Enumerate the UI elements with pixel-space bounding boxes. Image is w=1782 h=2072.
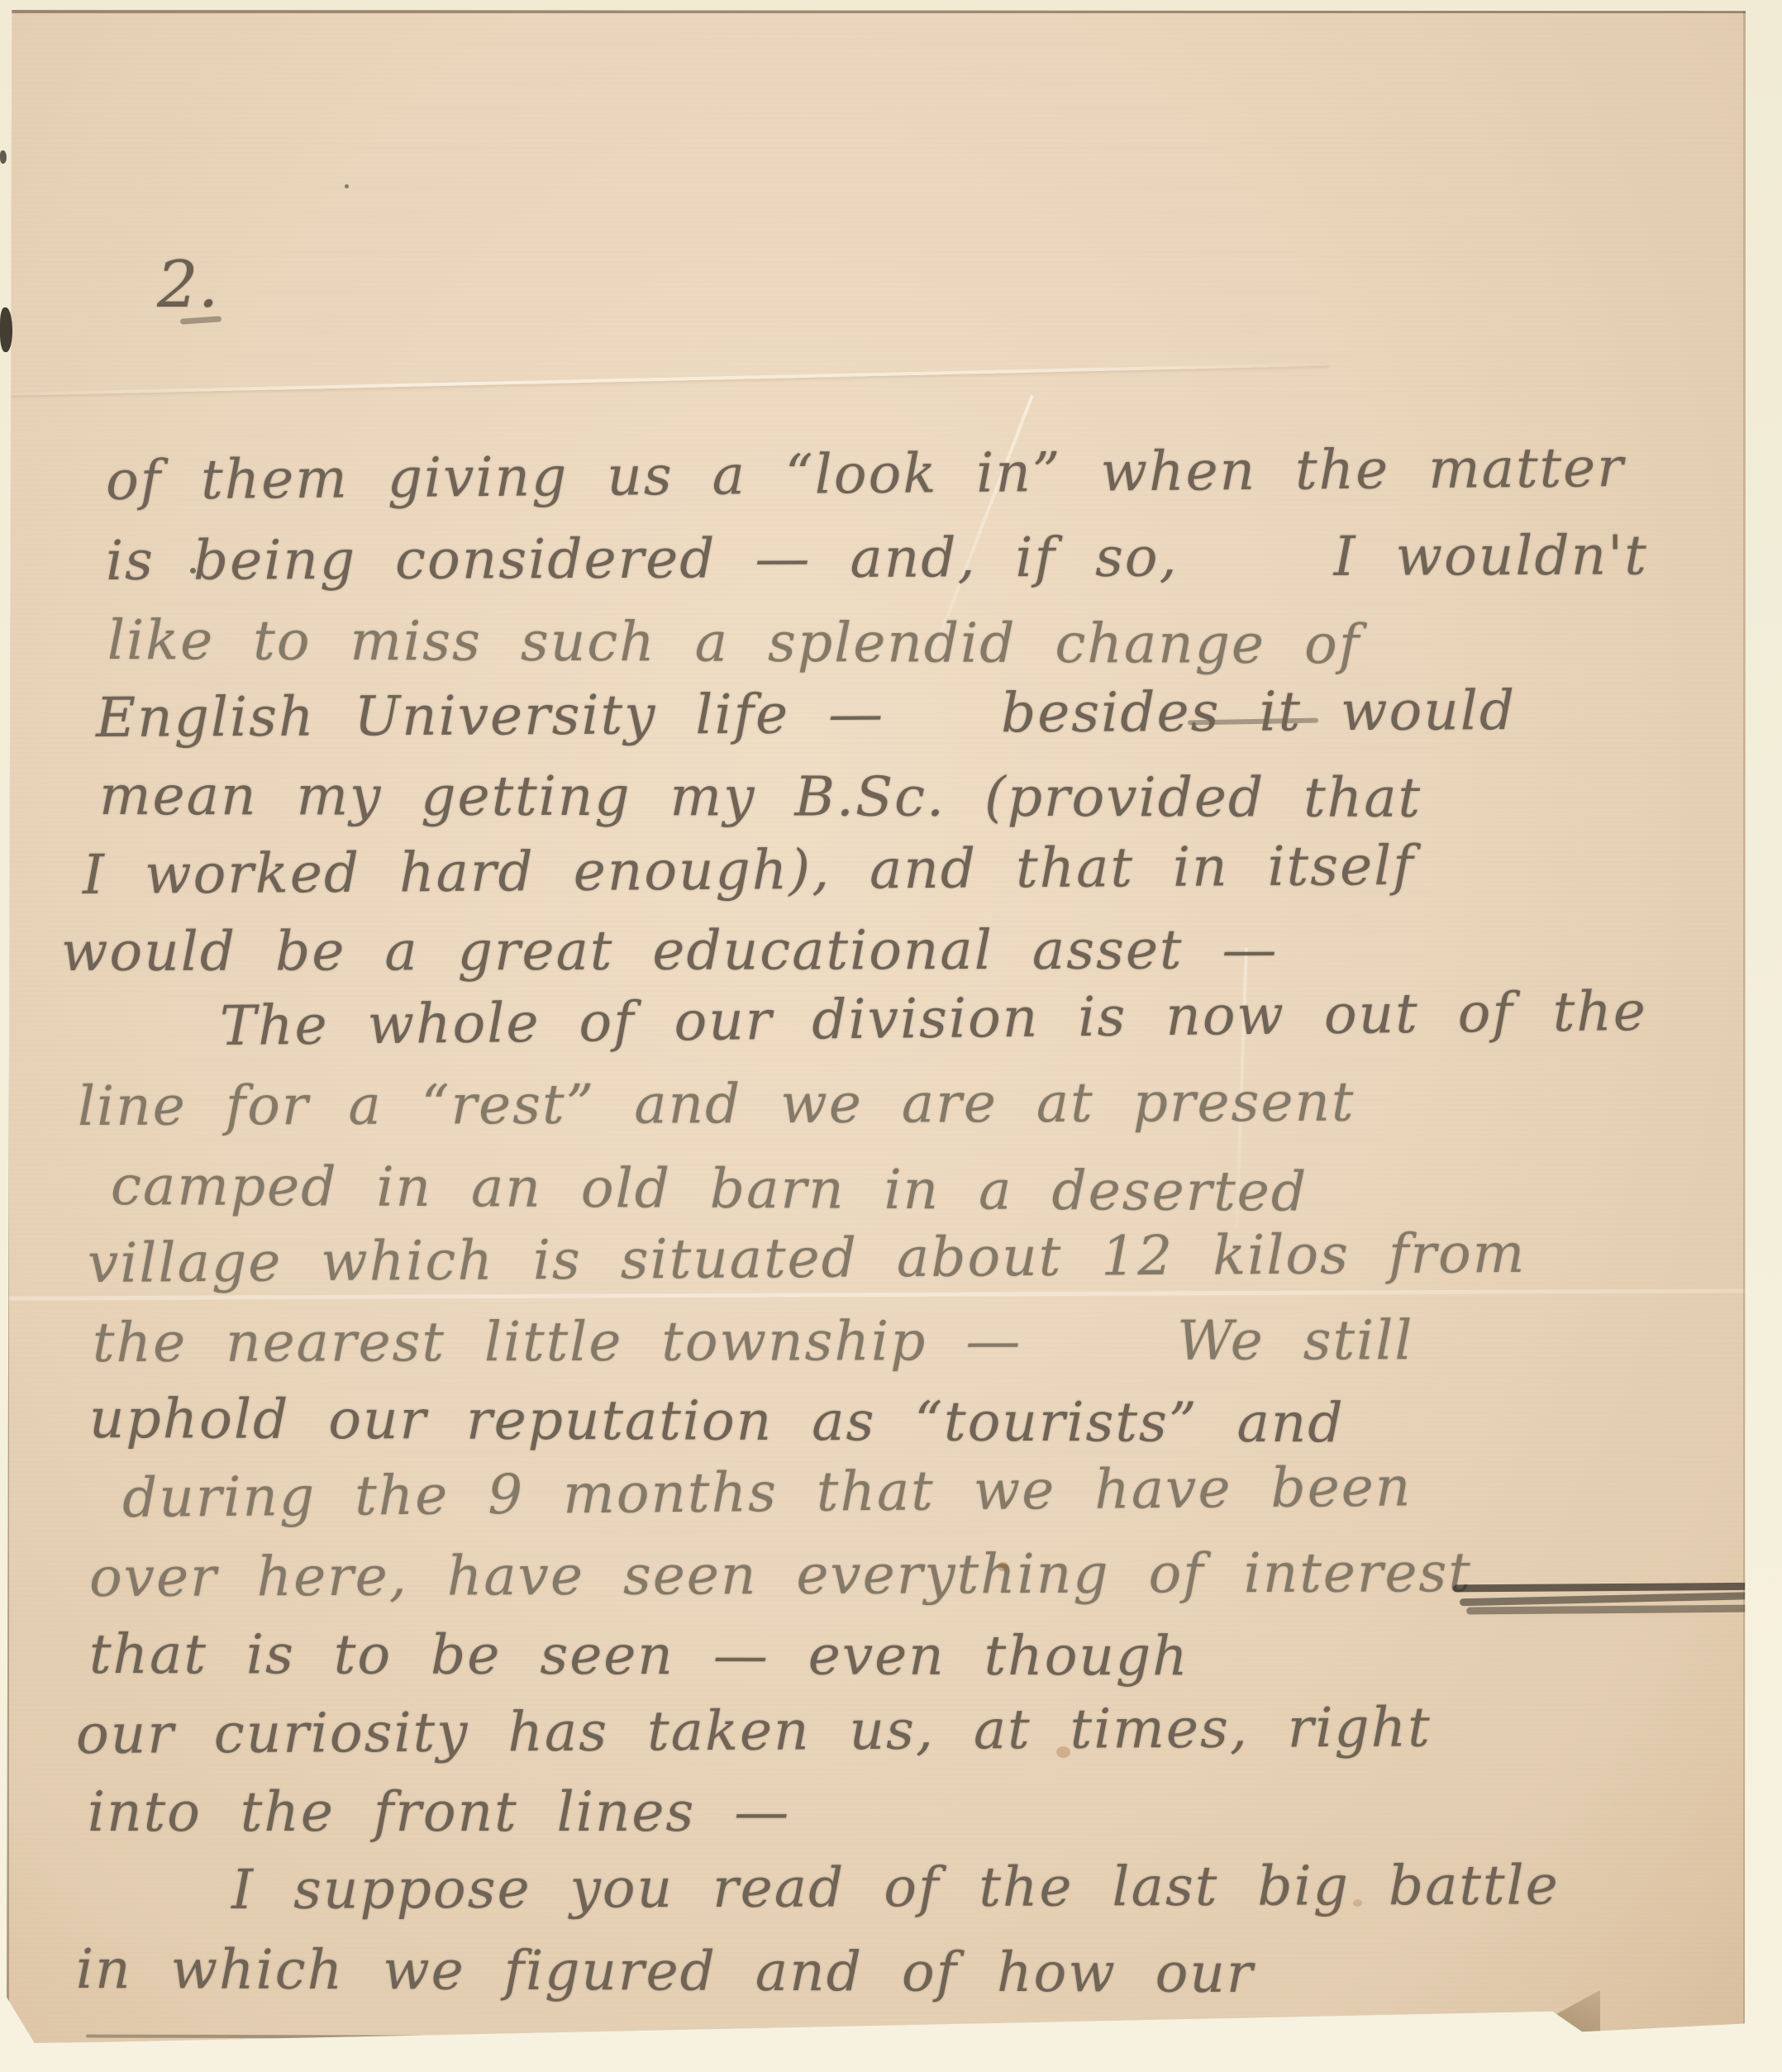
ink-mark xyxy=(0,150,7,164)
handwritten-line-20: in which we figured and of how our xyxy=(76,1932,1255,2011)
scribble-stroke xyxy=(1453,1583,1746,1593)
handwritten-line-11: village which is situated about 12 kilos… xyxy=(88,1217,1527,1301)
handwritten-line-17: our curiosity has taken us, at times, ri… xyxy=(76,1690,1432,1772)
handwritten-line-14: during the 9 months that we have been xyxy=(122,1450,1413,1536)
handwritten-line-16: that is to be seen — even though xyxy=(89,1617,1189,1693)
paper-edge-right xyxy=(1743,10,1746,2027)
handwritten-line-6: I worked hard enough), and that in itsel… xyxy=(83,829,1415,912)
handwritten-line-7: would be a great educational asset — xyxy=(61,912,1279,989)
page-number: 2. xyxy=(157,248,218,322)
ink-mark xyxy=(0,307,12,352)
paper-edge-bottom xyxy=(86,2035,1656,2042)
handwritten-line-19: I suppose you read of the last big battl… xyxy=(231,1848,1560,1927)
handwritten-line-18: into the front lines — xyxy=(88,1775,790,1850)
handwritten-line-15: over here, have seen everything of inter… xyxy=(89,1536,1472,1615)
handwritten-line-4: English University life — besides it wou… xyxy=(96,674,1517,755)
handwritten-line-3: like to miss such a splendid change of xyxy=(107,603,1361,682)
letter-scan: 2. of them giving us a “look in” when th… xyxy=(0,0,1782,2072)
folded-corner xyxy=(1529,1990,1600,2040)
handwritten-line-10: camped in an old barn in a deserted xyxy=(111,1149,1308,1230)
letter-page: 2. of them giving us a “look in” when th… xyxy=(7,10,1746,2048)
handwritten-line-5: mean my getting my B.Sc. (provided that xyxy=(99,759,1422,836)
scribble-stroke xyxy=(1466,1605,1746,1615)
scribble-stroke xyxy=(1460,1592,1746,1606)
stain-spot xyxy=(345,184,349,188)
handwritten-line-13: uphold our reputation as “tourists” and xyxy=(89,1382,1345,1460)
paper-edge-top xyxy=(7,10,1746,13)
handwritten-line-12: the nearest little township — We still xyxy=(93,1303,1414,1380)
handwritten-line-2: is being considered — and, if so, I woul… xyxy=(106,518,1648,598)
fold-crease-horizontal-top xyxy=(7,363,1329,397)
handwritten-line-8: The whole of our division is now out of … xyxy=(220,974,1648,1064)
handwritten-line-1: of them giving us a “look in” when the m… xyxy=(106,431,1626,518)
handwritten-line-9: line for a “rest” and we are at present xyxy=(78,1065,1356,1144)
scribbled-out-text xyxy=(1453,1576,1746,1623)
